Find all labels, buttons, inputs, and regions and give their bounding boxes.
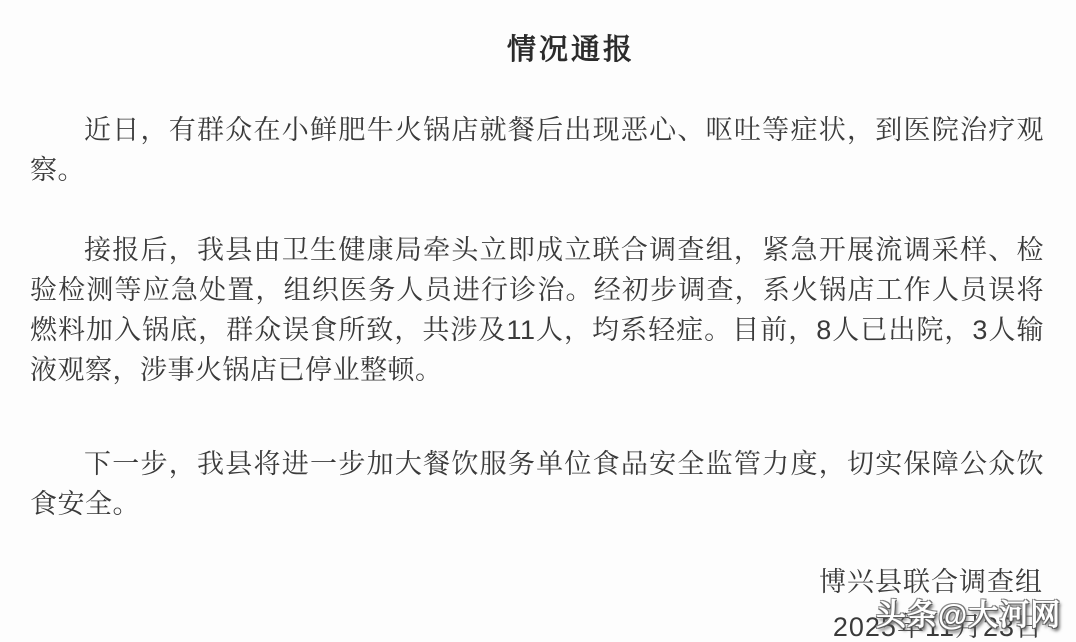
notice-document: 情况通报 近日，有群众在小鲜肥牛火锅店就餐后出现恶心、呕吐等症状，到医院治疗观察… [0,0,1076,642]
source-watermark: 头条@大河网 [876,590,1061,634]
notice-title: 情况通报 [33,0,1076,68]
paragraph-investigation: 接报后，我县由卫生健康局牵头立即成立联合调查组，紧急开展流调采样、检验检测等应急… [30,230,1044,390]
notice-body: 近日，有群众在小鲜肥牛火锅店就餐后出现恶心、呕吐等症状，到医院治疗观察。 接报后… [30,110,1044,524]
paragraph-incident: 近日，有群众在小鲜肥牛火锅店就餐后出现恶心、呕吐等症状，到医院治疗观察。 [30,110,1044,190]
paragraph-next-steps: 下一步，我县将进一步加大餐饮服务单位食品安全监管力度，切实保障公众饮食安全。 [30,444,1044,524]
